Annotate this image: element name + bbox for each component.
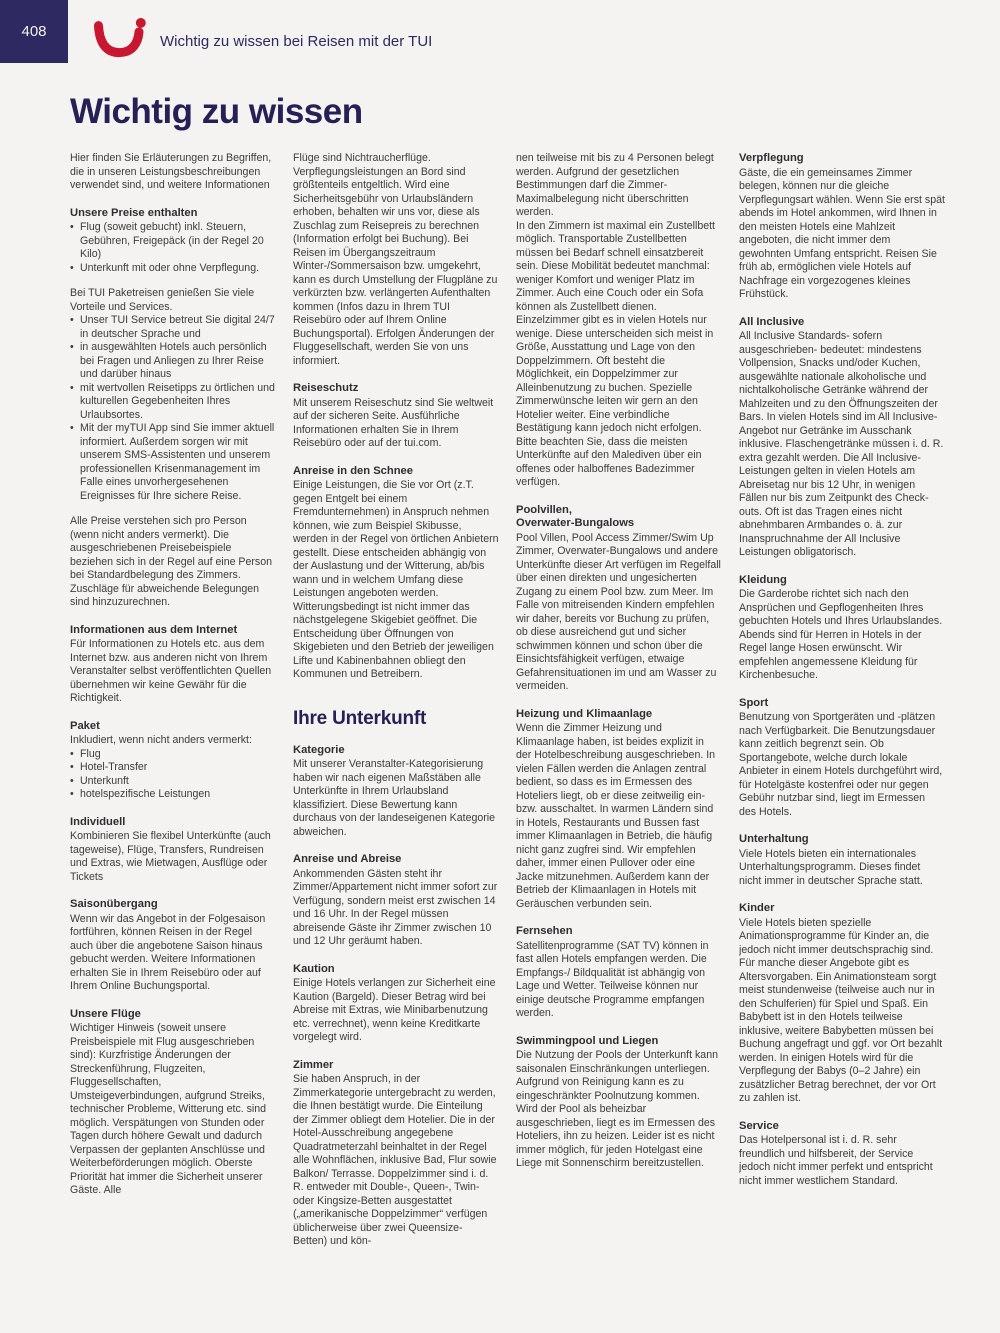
paragraph: In den Zimmern ist maximal ein Zustellbe… [516,220,722,315]
subsection-heading: All Inclusive [739,316,945,330]
bullet-item: Flug (soweit gebucht) inkl. Steuern, Geb… [70,221,276,262]
subsection-heading: Informationen aus dem Internet [70,624,276,638]
text-column-2: Flüge sind Nichtraucherflüge. Verpflegun… [293,152,499,1292]
text-column-3: nen teilweise mit bis zu 4 Personen bele… [516,152,722,1292]
subsection-heading: Sport [739,697,945,711]
paragraph: Flüge sind Nichtraucherflüge. Verpflegun… [293,152,499,368]
header-tagline: Wichtig zu wissen bei Reisen mit der TUI [160,33,432,50]
paragraph: Einige Hotels verlangen zur Sicherheit e… [293,977,499,1045]
bullet-item: in ausgewählten Hotels auch persönlich b… [70,341,276,382]
paragraph: Pool Villen, Pool Access Zimmer/Swim Up … [516,532,722,694]
subsection-heading: Unsere Preise enthalten [70,207,276,221]
subsection-heading: Individuell [70,816,276,830]
page-number-badge: 408 [0,0,68,66]
page-number: 408 [21,23,46,40]
paragraph: Viele Hotels bieten spezielle Animations… [739,917,945,1106]
subsection-heading: Unterhaltung [739,833,945,847]
paragraph: Inkludiert, wenn nicht anders vermerkt: [70,734,276,748]
text-column-4: VerpflegungGäste, die ein gemeinsames Zi… [739,152,945,1292]
paragraph: Das Hotelpersonal ist i. d. R. sehr freu… [739,1134,945,1188]
bullet-list: Unser TUI Service betreut Sie digital 24… [70,314,276,503]
paragraph: Mit unserer Veranstalter-Kategorisierung… [293,758,499,839]
subsection-heading: Verpflegung [739,152,945,166]
subsection-heading: Poolvillen, Overwater-Bungalows [516,504,722,531]
bullet-item: Mit der myTUI App sind Sie immer aktuell… [70,422,276,503]
paragraph: Die Nutzung der Pools der Unterkunft kan… [516,1049,722,1171]
bullet-item: Flug [70,748,276,762]
bullet-item: hotelspezifische Leistungen [70,788,276,802]
paragraph: Kombinieren Sie flexibel Unterkünfte (au… [70,830,276,884]
paragraph: Einzelzimmer gibt es in vielen Hotels nu… [516,314,722,436]
bullet-item: Unser TUI Service betreut Sie digital 24… [70,314,276,341]
bullet-list: Flug (soweit gebucht) inkl. Steuern, Geb… [70,221,276,275]
bullet-item: Unterkunft [70,775,276,789]
bullet-list: FlugHotel-TransferUnterkunfthotelspezifi… [70,748,276,802]
subsection-heading: Anreise und Abreise [293,853,499,867]
subsection-heading: Zimmer [293,1059,499,1073]
paragraph: All Inclusive Standards- sofern ausgesch… [739,330,945,560]
subsection-heading: Heizung und Klimaanlage [516,708,722,722]
subsection-heading: Paket [70,720,276,734]
paragraph: Ankommenden Gästen steht ihr Zimmer/Appa… [293,868,499,949]
paragraph: Für Informationen zu Hotels etc. aus dem… [70,638,276,706]
section-heading: Ihre Unterkunft [293,708,499,730]
paragraph: Wenn die Zimmer Heizung und Klimaanlage … [516,722,722,911]
paragraph: Bitte beachten Sie, dass die meisten Unt… [516,436,722,490]
paragraph: Bei TUI Paketreisen genießen Sie viele V… [70,287,276,314]
paragraph: nen teilweise mit bis zu 4 Personen bele… [516,152,722,220]
bullet-item: Hotel-Transfer [70,761,276,775]
paragraph: Gäste, die ein gemeinsames Zimmer belege… [739,167,945,302]
catalog-page: 408 Wichtig zu wissen bei Reisen mit der… [0,0,1000,1333]
page-title: Wichtig zu wissen [70,92,363,132]
subsection-heading: Reiseschutz [293,382,499,396]
tui-smile-logo [94,16,148,64]
paragraph: Hier finden Sie Erläuterungen zu Begriff… [70,152,276,193]
bullet-item: mit wertvollen Reisetipps zu örtlichen u… [70,382,276,423]
subsection-heading: Fernsehen [516,925,722,939]
subsection-heading: Kleidung [739,574,945,588]
subsection-heading: Service [739,1120,945,1134]
paragraph: Benutzung von Sportgeräten und -plätzen … [739,711,945,819]
subsection-heading: Anreise in den Schnee [293,465,499,479]
subsection-heading: Kategorie [293,744,499,758]
subsection-heading: Saisonübergang [70,898,276,912]
paragraph: Einige Leistungen, die Sie vor Ort (z.T.… [293,479,499,682]
subsection-heading: Kaution [293,963,499,977]
subsection-heading: Unsere Flüge [70,1008,276,1022]
paragraph: Viele Hotels bieten ein internationales … [739,848,945,889]
subsection-heading: Kinder [739,902,945,916]
paragraph: Satellitenprogramme (SAT TV) können in f… [516,940,722,1021]
subsection-heading: Swimmingpool und Liegen [516,1035,722,1049]
bullet-item: Unterkunft mit oder ohne Verpflegung. [70,262,276,276]
paragraph: Sie haben Anspruch, in der Zimmerkategor… [293,1073,499,1249]
paragraph: Wichtiger Hinweis (soweit unsere Preisbe… [70,1022,276,1198]
text-column-1: Hier finden Sie Erläuterungen zu Begriff… [70,152,276,1292]
text-columns: Hier finden Sie Erläuterungen zu Begriff… [70,152,956,1292]
paragraph: Wenn wir das Angebot in der Folgesaison … [70,913,276,994]
paragraph: Mit unserem Reiseschutz sind Sie weltwei… [293,397,499,451]
paragraph: Alle Preise verstehen sich pro Person (w… [70,515,276,610]
paragraph: Die Garderobe richtet sich nach den Ansp… [739,588,945,683]
